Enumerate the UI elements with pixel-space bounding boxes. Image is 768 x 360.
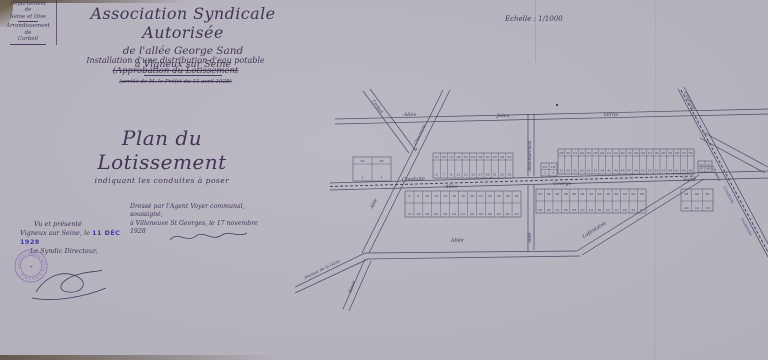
lot-area: 297 <box>621 152 626 155</box>
scale-note: Echelle : 1/1000 <box>505 15 563 23</box>
dresse-line: soussigné, <box>130 211 270 219</box>
street-label-avenue-gare: Avenue de la Gare <box>302 258 341 280</box>
lot-area: 296 <box>547 209 552 212</box>
lot-number: 62 <box>706 192 710 196</box>
lot-number: 37 <box>593 169 597 173</box>
lot-number: 35 <box>587 169 591 173</box>
lot-area: 312 <box>573 152 578 155</box>
lot-number: 28 <box>506 194 510 198</box>
struck-arrete: (arrêté de M. le Préfet du 11 avril 1928… <box>68 79 283 85</box>
lot-area: 300 <box>507 156 512 159</box>
lot-area: 313 <box>614 209 619 212</box>
lot-area: 312 <box>452 213 457 216</box>
lot-area: 307 <box>497 213 502 216</box>
street-label-george: George <box>553 181 572 187</box>
lot-number: 65 <box>689 169 693 173</box>
lot-area: 301 <box>597 209 602 212</box>
lot-number: 33 <box>580 169 584 173</box>
conduite-label: Conduite <box>402 176 425 183</box>
divider <box>18 21 38 22</box>
dresse-line: Dressé par l'Agent Voyer communal, <box>130 203 270 211</box>
lot-block-D: 3230034296363113829840305422934430946301… <box>536 189 646 213</box>
lot-area: 295 <box>493 156 498 159</box>
lot-number: 4 <box>381 176 383 180</box>
lot-area: 300 <box>587 152 592 155</box>
point-marker <box>556 104 558 106</box>
lot-block-S1: 12553248 <box>541 163 557 176</box>
surveyor-signature <box>168 227 250 247</box>
lot-number: 49 <box>634 169 638 173</box>
lot-area: 312 <box>485 156 490 159</box>
street-label-jules: Jules <box>496 113 510 119</box>
lot-area: 298 <box>564 209 569 212</box>
lot-number: 1 <box>544 171 546 175</box>
lot-area: 296 <box>443 213 448 216</box>
lot-area: 304 <box>631 209 636 212</box>
lot-area: 420 <box>684 207 689 210</box>
plan-title: Plan du Lotissement <box>72 126 252 174</box>
lot-number: 69 <box>707 167 711 171</box>
street-allee-bottom <box>365 251 580 259</box>
lot-number: 59 <box>668 169 672 173</box>
street-label-beaumarchais: Beaumarchais <box>527 141 532 172</box>
lot-area: 298 <box>675 152 680 155</box>
lot-number: 18 <box>461 194 465 198</box>
struck-approbation: (Approbation du Lotissement <box>68 66 283 76</box>
street-label-chevreuse: Chevreuse <box>412 123 427 146</box>
lot-area: 296 <box>456 156 461 159</box>
lot-number: 31 <box>573 169 577 173</box>
hydrant-marker: 1P <box>414 147 418 151</box>
lot-number: 44 <box>589 192 593 196</box>
lot-area: 306 <box>500 156 505 159</box>
lot-area: 307 <box>682 152 687 155</box>
street-route <box>343 259 371 311</box>
paper-crease <box>535 0 536 62</box>
lot-number: 15 <box>471 173 475 177</box>
lot-area: 301 <box>648 152 653 155</box>
lot-area: 306 <box>641 152 646 155</box>
lot-number: 10 <box>425 194 429 198</box>
lot-area: 299 <box>634 152 639 155</box>
plan-subtitle: indiquant les conduites à poser <box>72 176 252 185</box>
street-label-verne: Verne <box>604 112 619 118</box>
lot-area: 302 <box>614 152 619 155</box>
lot-block-B: 2729829305313123329635300373083929441310… <box>558 149 694 174</box>
lot-number: 46 <box>598 192 602 196</box>
director-signature <box>30 266 110 306</box>
association-title: Association Syndicale Autorisée <box>68 4 298 42</box>
lot-number: 41 <box>607 169 611 173</box>
lot-area: 309 <box>655 152 660 155</box>
lot-area: 640 <box>360 160 365 163</box>
visa-line: Vu et présenté <box>20 220 140 229</box>
lot-number: 6 <box>409 194 411 198</box>
lot-number: 19 <box>486 173 490 177</box>
lot-number: 52 <box>623 192 627 196</box>
lot-number: 25 <box>507 173 511 177</box>
lot-area: 298 <box>416 213 421 216</box>
street-corbeil <box>363 89 416 153</box>
lot-area: 298 <box>559 152 564 155</box>
lot-area: 309 <box>589 209 594 212</box>
lot-number: 40 <box>572 192 576 196</box>
street-allee-jules-verne <box>335 109 768 124</box>
street-label-allee-top: Allée <box>403 111 417 118</box>
lot-area: 302 <box>464 156 469 159</box>
lot-area: 308 <box>479 213 484 216</box>
lot-area: 308 <box>478 156 483 159</box>
lot-number: 48 <box>606 192 610 196</box>
lot-number: 22 <box>479 194 483 198</box>
street-beaumarchais <box>528 114 534 251</box>
department-corner-box: Département de Seine et Oise Arrondissem… <box>0 0 57 45</box>
lot-number: 43 <box>614 169 618 173</box>
lot-area: 299 <box>488 213 493 216</box>
lot-area: 295 <box>661 152 666 155</box>
lot-area: 294 <box>470 213 475 216</box>
lot-number: 9 <box>450 173 452 177</box>
lot-number: 8 <box>417 194 419 198</box>
lot-area: 255 <box>543 166 548 169</box>
lot-number: 55 <box>655 169 659 173</box>
lot-area: 315 <box>627 152 632 155</box>
divider <box>10 44 46 45</box>
lot-number: 11 <box>457 173 461 177</box>
lot-number: 16 <box>452 194 456 198</box>
lot-number: 53 <box>648 169 652 173</box>
lot-number: 56 <box>640 192 644 196</box>
plan-title-block: Plan du Lotissement indiquant les condui… <box>72 126 252 185</box>
lot-number: 30 <box>515 194 519 198</box>
lot-area: 300 <box>471 156 476 159</box>
lot-area: 294 <box>600 152 605 155</box>
scanned-plan-document: Département de Seine et Oise Arrondissem… <box>0 0 768 360</box>
lot-area: 298 <box>442 156 447 159</box>
lot-number: 67 <box>700 167 704 171</box>
lot-area: 300 <box>689 152 694 155</box>
lot-area: 303 <box>668 152 673 155</box>
subject-block: Installation d'une distribution d'eau po… <box>68 56 283 85</box>
lot-area: 311 <box>555 209 560 212</box>
lot-area: 305 <box>566 152 571 155</box>
lot-number: 3 <box>552 171 554 175</box>
lot-area: 310 <box>449 156 454 159</box>
lot-number: 23 <box>500 173 504 177</box>
lot-number: 60 <box>695 192 699 196</box>
lot-number: 58 <box>684 192 688 196</box>
street-label-allee-bottom: Allée <box>450 237 464 244</box>
lot-area: 300 <box>538 209 543 212</box>
lot-number: 26 <box>497 194 501 198</box>
lot-number: 50 <box>614 192 618 196</box>
lot-number: 38 <box>564 192 568 196</box>
street-label-lafontaine: Lafontaine <box>581 220 608 240</box>
visa-place-date: Vigneux sur Seine, le <box>20 229 90 237</box>
lot-number: 2 <box>362 176 364 180</box>
installation-line: Installation d'une distribution d'eau po… <box>68 56 283 65</box>
lot-area: 295 <box>640 209 645 212</box>
lot-number: 47 <box>627 169 631 173</box>
lot-area: 430 <box>706 207 711 210</box>
lot-number: 63 <box>682 169 686 173</box>
lot-area: 305 <box>425 213 430 216</box>
street-label-allee-beaumarchais-south: Allée <box>527 232 532 244</box>
lot-area: 305 <box>572 209 577 212</box>
lot-number: 21 <box>493 173 497 177</box>
lot-area: 310 <box>407 213 412 216</box>
lot-block-C: 6310829810305123001429616312183012029422… <box>405 191 521 217</box>
department-line: Seine et Oise <box>0 14 56 20</box>
lot-block-E: 584206041562430 <box>681 189 713 211</box>
arrondissement-line: Arrondissement <box>0 23 56 29</box>
lot-number: 51 <box>641 169 645 173</box>
lot-number: 32 <box>538 192 542 196</box>
lot-block-T: 26404585 <box>353 157 391 181</box>
street-label-allee-george: Allée <box>444 183 458 190</box>
lot-area: 240 <box>699 164 704 167</box>
lot-number: 29 <box>566 169 570 173</box>
lot-number: 13 <box>464 173 468 177</box>
lot-area: 585 <box>379 160 384 163</box>
lot-number: 24 <box>488 194 492 198</box>
lot-number: 14 <box>443 194 447 198</box>
lot-area: 293 <box>580 209 585 212</box>
street-lafontaine <box>577 175 704 255</box>
lot-number: 20 <box>470 194 474 198</box>
lot-area: 301 <box>461 213 466 216</box>
lot-number: 36 <box>555 192 559 196</box>
lot-area: 297 <box>514 213 519 216</box>
lotissement-map: 5304729893101129613302153001730819312212… <box>295 85 768 347</box>
lot-area: 296 <box>580 152 585 155</box>
lot-area: 297 <box>606 209 611 212</box>
scan-edge-bottom <box>0 355 280 360</box>
lot-number: 27 <box>559 169 563 173</box>
lot-area: 299 <box>623 209 628 212</box>
lot-number: 17 <box>478 173 482 177</box>
lot-number: 57 <box>661 169 665 173</box>
street-label-corbeil: Corbeil <box>371 99 384 115</box>
lot-area: 300 <box>434 213 439 216</box>
lot-area: 415 <box>695 207 700 210</box>
conduite-chemin-label: Conduite <box>683 91 697 111</box>
lot-number: 12 <box>434 194 438 198</box>
lot-number: 42 <box>581 192 585 196</box>
lot-number: 39 <box>600 169 604 173</box>
lot-area: 310 <box>607 152 612 155</box>
lot-number: 61 <box>675 169 679 173</box>
lot-number: 34 <box>547 192 551 196</box>
lot-area: 248 <box>551 166 556 169</box>
lot-number: 7 <box>443 173 445 177</box>
arrondissement-line: Corbeil <box>0 36 56 42</box>
lot-area: 308 <box>593 152 598 155</box>
lot-area: 304 <box>435 156 440 159</box>
lot-number: 45 <box>621 169 625 173</box>
lot-area: 302 <box>506 213 511 216</box>
lot-number: 54 <box>631 192 635 196</box>
street-label-sand: Sand <box>683 177 696 183</box>
street-label-route: Route <box>347 279 357 294</box>
street-label-allee-chevreuse-south: Allée <box>369 197 379 210</box>
lot-number: 5 <box>436 173 438 177</box>
lot-block-A: 5304729893101129613302153001730819312212… <box>433 153 513 178</box>
